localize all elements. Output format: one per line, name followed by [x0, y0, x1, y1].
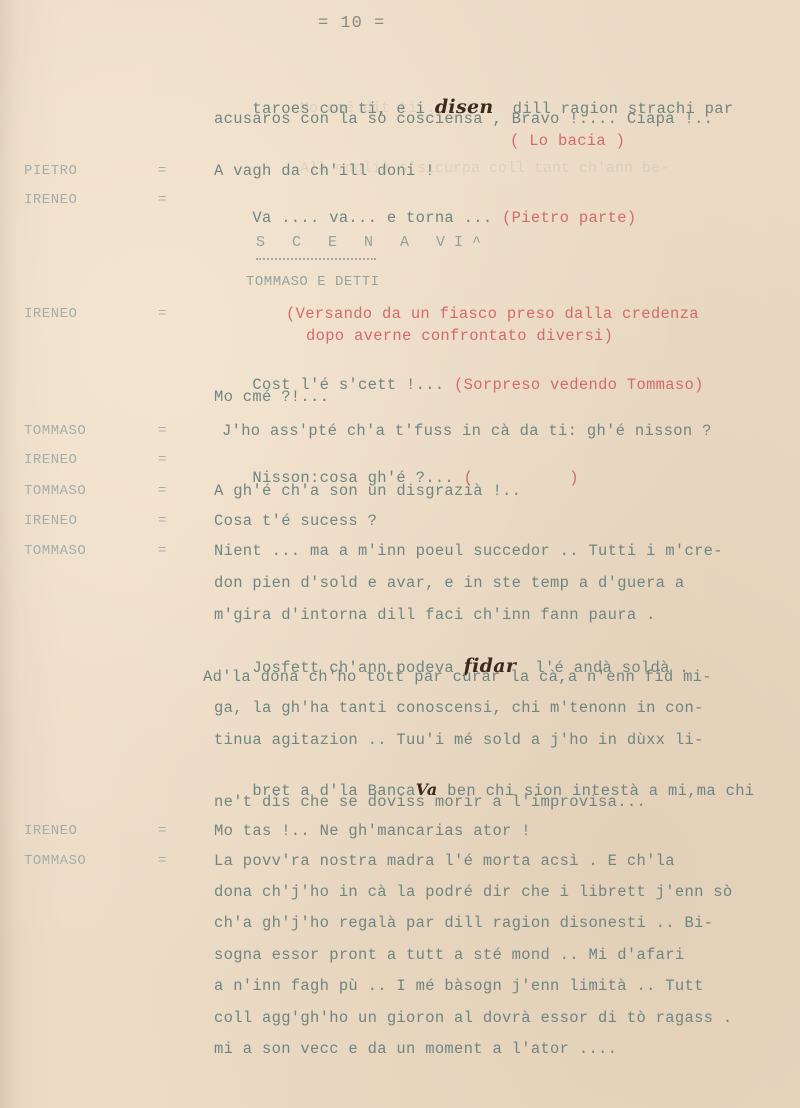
text-fragment: Va .... va... e torna ... [252, 209, 502, 227]
stage-direction: ( Lo bacia ) [510, 132, 625, 150]
dialogue-line: J'ho ass'pté ch'a t'fuss in cà da ti: gh… [222, 422, 712, 440]
speaker-name: TOMMASO [24, 543, 86, 559]
speaker-name: TOMMASO [24, 853, 86, 869]
speaker-name: IRENEO [24, 192, 77, 208]
dialogue-line: Ad'la dona ch'ho tott par curar la cà,a … [203, 668, 712, 686]
speaker-name: TOMMASO [24, 483, 86, 499]
separator: = [158, 483, 166, 499]
scene-characters: TOMMASO E DETTI [246, 274, 380, 290]
speaker-name: IRENEO [24, 513, 77, 529]
dialogue-line: tinua agitazion .. Tuu'i mé sold a j'ho … [214, 731, 704, 749]
stage-direction: (Sorpreso vedendo Tommaso) [454, 376, 704, 394]
dialogue-line: acusaros con la sò cosciensa , Bravo !..… [214, 110, 713, 128]
speaker-name: IRENEO [24, 306, 77, 322]
separator: = [158, 192, 166, 208]
speaker-name: TOMMASO [24, 423, 86, 439]
dialogue-line: Cosa t'é sucess ? [214, 512, 377, 530]
dialogue-line: ne't dis che se doviss morir a l'improvi… [214, 793, 646, 811]
scene-title: S C E N A VI^ [256, 234, 490, 251]
dialogue-line: Mo tas !.. Ne gh'mancarias ator ! [214, 822, 531, 840]
separator: = [158, 823, 166, 839]
script-page: = 10 = Mo cmé dit ti.... Alà moglià s'si… [0, 0, 800, 1108]
stage-direction: (Versando da un fiasco preso dalla crede… [286, 305, 699, 323]
dialogue-line: Josfett ch'ann podeva fidar l'é andà sol… [214, 637, 689, 695]
separator: = [158, 163, 166, 179]
dialogue-line: dona ch'j'ho in cà la podré dir che i li… [214, 883, 732, 901]
separator: = [158, 853, 166, 869]
speaker-name: IRENEO [24, 452, 77, 468]
dialogue-line: Mo cmé ?!... [214, 388, 329, 406]
stage-direction: (Pietro parte) [502, 209, 636, 227]
dialogue-line: ch'a gh'j'ho regalà par dill ragion diso… [214, 914, 713, 932]
speaker-name: PIETRO [24, 163, 77, 179]
dialogue-line: La povv'ra nostra madra l'é morta acsì .… [214, 852, 675, 870]
speaker-name: IRENEO [24, 823, 77, 839]
dialogue-line: a n'inn fagh pù .. I mé bàsogn j'enn lim… [214, 977, 704, 995]
dialogue-line: A gh'é ch'a son un disgrazià !.. [214, 482, 521, 500]
stage-direction: dopo averne confrontato diversi) [306, 327, 613, 345]
separator: = [158, 513, 166, 529]
scene-underline [256, 258, 376, 260]
dialogue-line: A vagh da ch'ill doni ! [214, 162, 435, 180]
page-number: = 10 = [318, 14, 385, 33]
separator: = [158, 306, 166, 322]
separator: = [158, 423, 166, 439]
dialogue-line: don pien d'sold e avar, e in ste temp a … [214, 574, 684, 592]
dialogue-line: mi a son vecc e da un moment a l'ator ..… [214, 1040, 617, 1058]
dialogue-line: m'gira d'intorna dill faci ch'inn fann p… [214, 606, 656, 624]
dialogue-line: ga, la gh'ha tanti conoscensi, chi m'ten… [214, 699, 704, 717]
dialogue-line: Nient ... ma a m'inn poeul succedor .. T… [214, 542, 723, 560]
dialogue-line: coll agg'gh'ho un gioron al dovrà essor … [214, 1009, 732, 1027]
separator: = [158, 452, 166, 468]
dialogue-line: sogna essor pront a tutt a sté mond .. M… [214, 946, 684, 964]
separator: = [158, 543, 166, 559]
